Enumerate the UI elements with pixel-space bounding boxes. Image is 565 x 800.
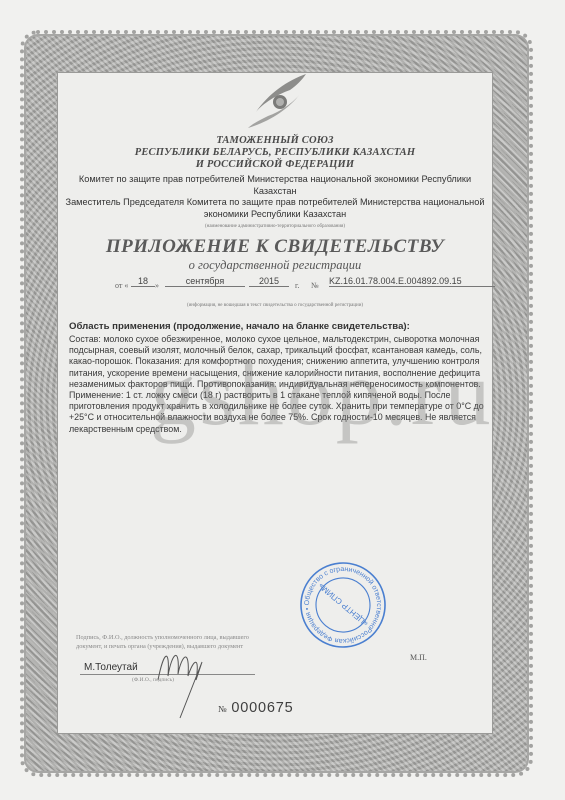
section-heading: Область применения (продолжение, начало …: [69, 321, 410, 332]
serial-value: 0000675: [231, 700, 293, 716]
union-title-line: РЕСПУБЛИКИ БЕЛАРУСЬ, РЕСПУБЛИКИ КАЗАХСТА…: [57, 147, 493, 159]
committee-line: Комитет по защите прав потребителей Мини…: [57, 174, 493, 186]
form-serial-number: №0000675: [218, 700, 293, 716]
composition-text: Состав: молоко сухое обезжиренное, молок…: [69, 334, 487, 435]
organization-seal-icon: Российская Федерация • Общество с ограни…: [298, 560, 388, 650]
date-day: 18: [131, 276, 155, 287]
date-row-caption: (информация, не вошедшая в текст свидете…: [57, 303, 493, 308]
registration-number: KZ.16.01.78.004.E.004892.09.15: [329, 276, 495, 287]
customs-union-emblem-icon: [228, 72, 328, 130]
date-prefix: от «: [115, 281, 128, 290]
date-month: сентября: [165, 276, 245, 287]
seal-placeholder-label: М.П.: [410, 653, 427, 662]
union-title-line: ТАМОЖЕННЫЙ СОЮЗ: [57, 135, 493, 147]
date-day-close: »: [155, 281, 159, 290]
registration-date-row: от « 18 » сентября 2015 г. № KZ.16.01.78…: [115, 276, 515, 294]
issuing-committee: Комитет по защите прав потребителей Мини…: [57, 174, 493, 220]
union-title-line: И РОССИЙСКОЙ ФЕДЕРАЦИИ: [57, 159, 493, 171]
committee-line: экономики Республики Казахстан: [57, 209, 493, 221]
committee-caption: (наименование административно-территориа…: [57, 224, 493, 229]
serial-label: №: [218, 704, 227, 714]
document-subtitle: о государственной регистрации: [57, 258, 493, 273]
number-label: №: [311, 281, 319, 290]
date-year: 2015: [249, 276, 289, 287]
seal-center-text: «ЦЕНТР СПИМ»: [316, 581, 370, 628]
committee-line: Казахстан: [57, 186, 493, 198]
document-title: ПРИЛОЖЕНИЕ К СВИДЕТЕЛЬСТВУ: [57, 236, 493, 258]
signer-name: М.Толеутай: [84, 662, 138, 673]
handwritten-signature-icon: [150, 640, 220, 720]
customs-union-title: ТАМОЖЕННЫЙ СОЮЗ РЕСПУБЛИКИ БЕЛАРУСЬ, РЕС…: [57, 135, 493, 171]
committee-line: Заместитель Председателя Комитета по защ…: [57, 197, 493, 209]
date-year-suffix: г.: [295, 281, 299, 290]
